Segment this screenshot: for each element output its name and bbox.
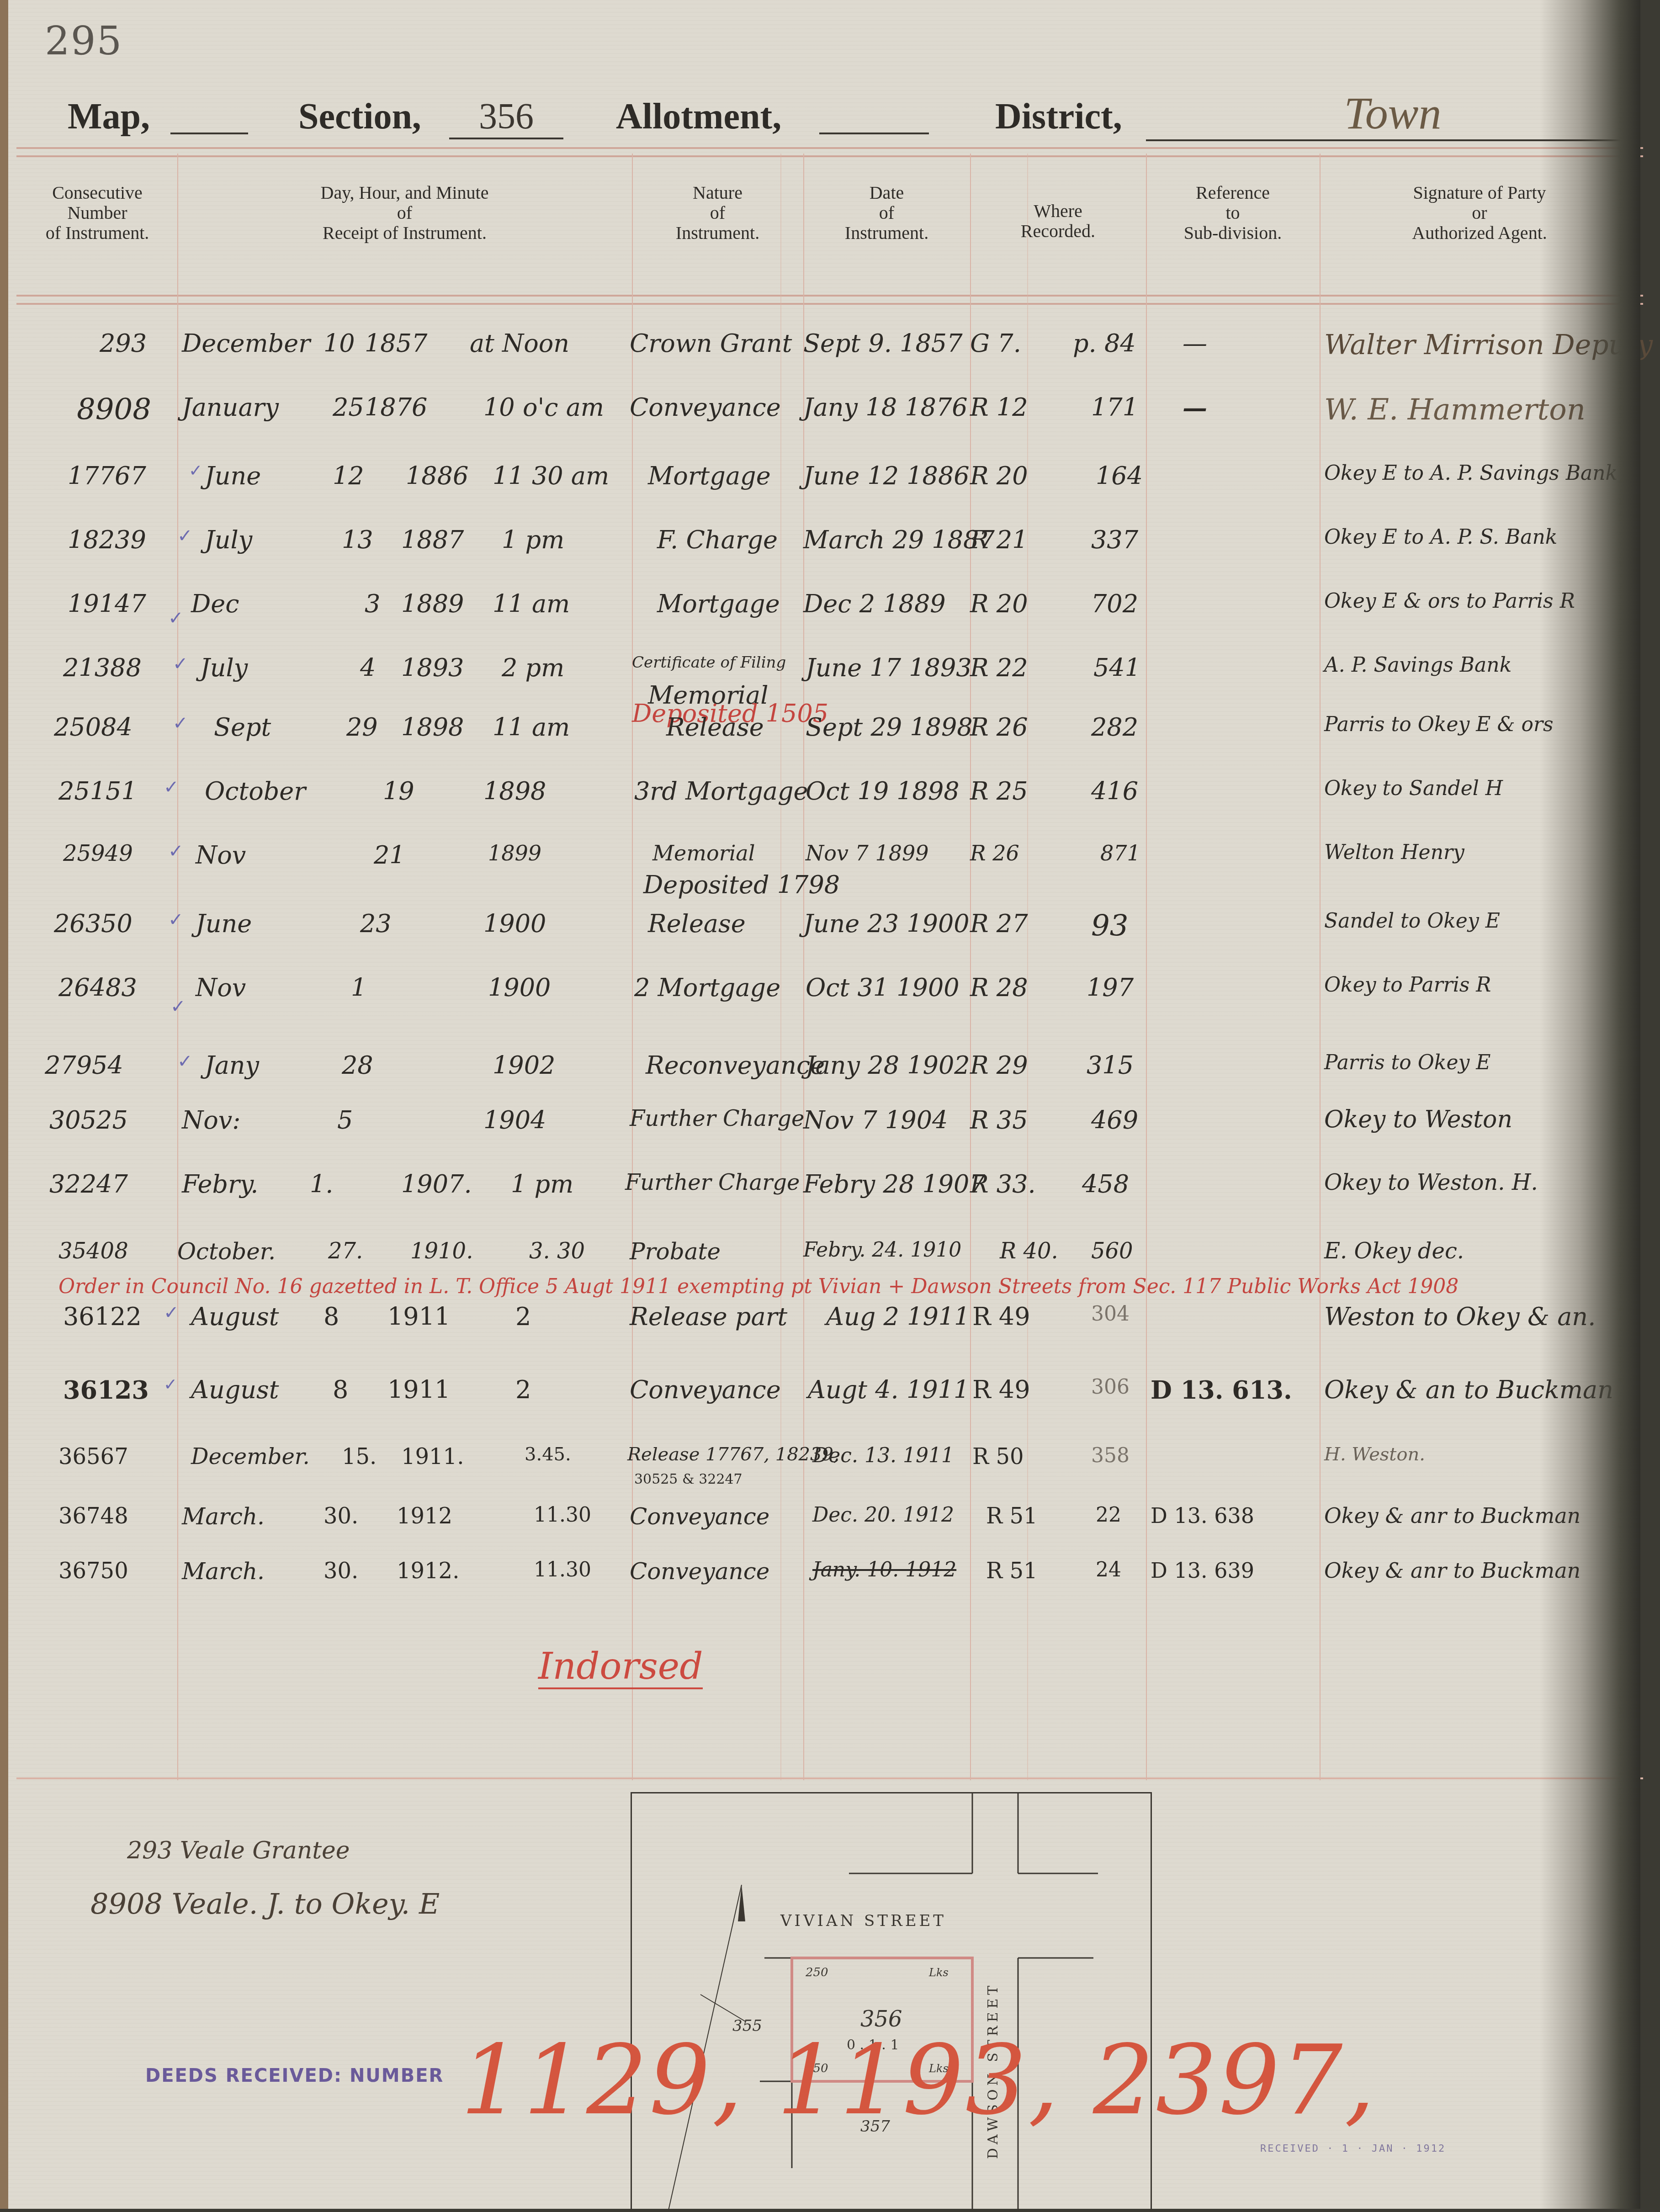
table-row: 36750 March. 30. 1912. 11.30 Conveyance …: [8, 1558, 1649, 1613]
table-row: 21388 ✓ July 4 1893 2 pm Certificate of …: [8, 653, 1649, 708]
cell-book: R 50: [972, 1444, 1024, 1469]
cell-year: 1907.: [401, 1170, 472, 1199]
bottom-section-rule: [16, 1777, 1643, 1779]
cell-year: 1898: [483, 777, 546, 806]
cell-day: 23: [360, 909, 392, 938]
header-double-rule: [16, 295, 1643, 305]
cell-reference: D 13. 639: [1151, 1558, 1254, 1583]
check-mark-icon: ✓: [177, 1051, 193, 1072]
cell-time: 1 pm: [502, 525, 564, 554]
cell-page: 306: [1091, 1375, 1130, 1399]
cell-time: 1 pm: [511, 1170, 573, 1199]
cell-nature: Reconveyance: [646, 1051, 825, 1080]
allotment-label: Allotment,: [616, 96, 781, 138]
north-arrow-icon: [738, 1885, 745, 1921]
cell-month: June: [205, 461, 261, 490]
cell-nature-note: 30525 & 32247: [634, 1471, 742, 1487]
book-gutter-shadow: [1540, 0, 1640, 2209]
table-row: 25084 ✓ Sept 29 1898 11 am Release Sept …: [8, 713, 1649, 768]
cell-signature: Parris to Okey E: [1324, 1051, 1490, 1074]
table-row: 36123 ✓ August 8 1911 2 Conveyance Augt …: [8, 1375, 1649, 1430]
table-row: 18239 ✓ July 13 1887 1 pm F. Charge Marc…: [8, 525, 1649, 580]
cell-signature: Okey to Weston: [1324, 1106, 1512, 1133]
table-row: 25151 ✓ October 19 1898 3rd Mortgage Oct…: [8, 777, 1649, 832]
table-row: 36122 ✓ August 8 1911 2 Release part Aug…: [8, 1302, 1649, 1357]
cell-nature: Certificate of Filing: [632, 653, 786, 672]
cell-nature: Release: [648, 909, 746, 938]
cell-month: December.: [191, 1444, 310, 1469]
cell-page: 469: [1091, 1106, 1138, 1135]
cell-book: R 35: [970, 1106, 1028, 1135]
cell-signature: A. P. Savings Bank: [1324, 653, 1512, 677]
cell-nature: Crown Grant: [630, 329, 792, 358]
cell-book: R 40.: [1000, 1238, 1058, 1264]
cell-time: 11.30: [534, 1558, 591, 1581]
cell-time: 3. 30: [529, 1238, 585, 1264]
cell-day: 30.: [324, 1558, 358, 1584]
top-double-rule: [16, 147, 1643, 157]
cell-time: 2: [515, 1375, 531, 1404]
cell-page: 337: [1091, 525, 1138, 554]
cell-number: 27954: [45, 1051, 123, 1080]
cell-month: Nov: [196, 973, 246, 1002]
cell-signature: Okey to Weston. H.: [1324, 1170, 1538, 1195]
cell-date: Jany 18 1876: [803, 393, 968, 422]
cell-date: March 29 1887: [803, 525, 995, 554]
cell-number: 21388: [63, 653, 142, 682]
header-nature: Nature of Instrument.: [632, 183, 803, 243]
cell-book: R 20: [970, 589, 1028, 618]
cell-number: 8908: [77, 393, 151, 427]
cell-nature: 3rd Mortgage: [634, 777, 808, 806]
cell-day: 19: [383, 777, 414, 806]
faint-received-stamp: RECEIVED · 1 · JAN · 1912: [1260, 2143, 1446, 2154]
cell-date: Dec. 13. 1911: [812, 1444, 954, 1467]
cell-page: 171: [1091, 393, 1138, 422]
header-date: Date of Instrument.: [803, 183, 970, 243]
table-row: 293 December 10 1857 at Noon Crown Grant…: [8, 329, 1649, 384]
note-number: 293: [127, 1837, 172, 1864]
cell-book: R 26: [970, 713, 1028, 742]
cell-number: 36748: [58, 1503, 128, 1529]
cell-nature: Probate: [630, 1238, 721, 1265]
cell-month: March.: [182, 1558, 265, 1585]
cell-page: 358: [1091, 1444, 1130, 1467]
cell-nature: Memorial: [652, 841, 755, 865]
cell-month: Dec: [191, 589, 239, 618]
cell-month: January: [182, 393, 279, 422]
cell-signature: Welton Henry: [1324, 841, 1464, 864]
table-row: 32247 Febry. 1. 1907. 1 pm Further Charg…: [8, 1170, 1649, 1225]
table-row: 26350 ✓ June 23 1900 Release June 23 190…: [8, 909, 1649, 964]
cell-number: 32247: [49, 1170, 128, 1199]
cell-reference: D 13. 613.: [1151, 1375, 1292, 1405]
cell-number: 25151: [58, 777, 137, 806]
cell-book: R 51: [986, 1503, 1037, 1529]
cell-day: 3: [365, 589, 380, 618]
cell-month: Sept: [214, 713, 271, 742]
note-number: 8908: [90, 1887, 163, 1920]
svg-text:Lks: Lks: [928, 1966, 949, 1979]
cell-nature: Conveyance: [630, 1558, 769, 1585]
cell-page: 702: [1091, 589, 1138, 618]
cell-page: 315: [1087, 1051, 1134, 1080]
cell-month: August: [191, 1375, 279, 1404]
cell-signature: H. Weston.: [1324, 1444, 1425, 1465]
survey-map: VIVIAN STREET DAWSON STREET 356 0 . 1 . …: [631, 1792, 1152, 2209]
cell-date: Dec 2 1889: [803, 589, 946, 618]
cell-day: 5: [337, 1106, 353, 1135]
cell-page: 560: [1091, 1238, 1133, 1264]
cell-day: 8: [333, 1375, 348, 1404]
cell-book: R 51: [986, 1558, 1037, 1584]
allotment-value: [819, 96, 929, 134]
header-where-recorded: Where Recorded.: [970, 201, 1146, 241]
deeds-received-stamp: DEEDS RECEIVED: NUMBER: [145, 2065, 444, 2086]
table-row: 25949 ✓ Nov 21 1899 Memorial Deposited 1…: [8, 841, 1649, 896]
cell-signature: Okey to Sandel H: [1324, 777, 1503, 800]
cell-year: 1898: [401, 713, 464, 742]
cell-nature: Mortgage: [648, 461, 771, 490]
cell-number: 36123: [63, 1375, 149, 1405]
cell-year: 1911: [387, 1302, 450, 1331]
cell-nature: Release: [666, 713, 764, 742]
cell-signature: Okey E to A. P. S. Bank: [1324, 525, 1557, 549]
cell-book: R 22: [970, 653, 1028, 682]
street-vivian: VIVIAN STREET: [780, 1912, 946, 1930]
indorsed-annotation: Indorsed: [538, 1645, 703, 1689]
cell-date: June 17 1893: [806, 653, 972, 682]
cell-year: 1886: [406, 461, 468, 490]
cell-date: Oct 19 1898: [806, 777, 960, 806]
cell-book: R 29: [970, 1051, 1028, 1080]
table-row: 26483 ✓ Nov 1 1900 2 Mortgage Oct 31 190…: [8, 973, 1649, 1028]
table-row: 36567 December. 15. 1911. 3.45. Release …: [8, 1444, 1649, 1499]
cell-year: 1902: [493, 1051, 555, 1080]
map-label: Map,: [68, 96, 150, 138]
check-mark-icon: ✓: [164, 1302, 179, 1323]
check-mark-icon: ✓: [164, 777, 179, 798]
cell-day: 29: [346, 713, 378, 742]
cell-book: R 28: [970, 973, 1028, 1002]
cell-signature: Okey E & ors to Parris R: [1324, 589, 1575, 613]
cell-year: 1912.: [397, 1558, 459, 1584]
cell-page: 416: [1091, 777, 1138, 806]
cell-time: 11.30: [534, 1503, 591, 1527]
cell-date: Augt 4. 1911: [808, 1375, 969, 1404]
cell-nature: Release 17767, 18239,: [627, 1444, 839, 1465]
cell-month: Nov:: [182, 1106, 240, 1135]
cell-signature: Sandel to Okey E: [1324, 909, 1500, 933]
check-mark-icon: ✓: [168, 608, 184, 629]
cell-time: 11 am: [493, 589, 570, 618]
cell-number: 36750: [58, 1558, 128, 1584]
cell-signature: Parris to Okey E & ors: [1324, 713, 1554, 736]
cell-reference: —: [1183, 329, 1207, 358]
cell-reference: D 13. 638: [1151, 1503, 1254, 1528]
cell-signature: Okey to Parris R: [1324, 973, 1491, 997]
cell-month: December: [182, 329, 310, 358]
cell-number: 25084: [54, 713, 133, 742]
cell-date: Jany 28 1902: [806, 1051, 970, 1080]
check-mark-icon: ✓: [173, 653, 188, 674]
cell-month: October: [205, 777, 306, 806]
cell-year: 1889: [401, 589, 464, 618]
note-text: Veale. J. to Okey. E: [172, 1887, 440, 1920]
district-label: District,: [995, 96, 1122, 138]
bottom-note: 293 Veale Grantee: [127, 1837, 350, 1864]
cell-page: 304: [1091, 1302, 1130, 1326]
table-row: 19147 ✓ Dec 3 1889 11 am Mortgage Dec 2 …: [8, 589, 1649, 644]
cell-nature: Conveyance: [630, 1503, 769, 1530]
cell-day: 4: [360, 653, 376, 682]
cell-nature: Conveyance: [630, 1375, 781, 1404]
table-row: 8908 January 25 1876 10 o'c am Conveyanc…: [8, 393, 1649, 448]
table-row: 27954 ✓ Jany 28 1902 Reconveyance Jany 2…: [8, 1051, 1649, 1106]
check-mark-icon: ✓: [168, 841, 184, 862]
cell-date: Sept 9. 1857: [803, 329, 963, 358]
check-mark-icon: ✓: [170, 996, 186, 1017]
cell-time: 11 am: [493, 713, 570, 742]
cell-book: R 26: [970, 841, 1019, 865]
table-row: 30525 Nov: 5 1904 Further Charge Nov 7 1…: [8, 1106, 1649, 1161]
cell-page: 164: [1096, 461, 1143, 490]
cell-year: 1900: [488, 973, 551, 1002]
cell-day: 1.: [310, 1170, 334, 1199]
cell-date: June 12 1886: [803, 461, 970, 490]
cell-nature-note: Deposited 1798: [643, 870, 840, 899]
map-value: [170, 96, 248, 134]
cell-book: G 7.: [970, 329, 1021, 358]
cell-time: 2: [515, 1302, 531, 1331]
cell-year: 1899: [488, 841, 541, 865]
map-drawing: VIVIAN STREET DAWSON STREET 356 0 . 1 . …: [632, 1793, 1151, 2209]
cell-year: 1910.: [410, 1238, 473, 1264]
note-text: Veale Grantee: [180, 1837, 350, 1864]
cell-year: 1887: [401, 525, 464, 554]
cell-time: at Noon: [470, 329, 569, 358]
cell-number: 36122: [63, 1302, 142, 1331]
bottom-note: 8908 Veale. J. to Okey. E: [90, 1887, 440, 1920]
table-row: 36748 March. 30. 1912 11.30 Conveyance D…: [8, 1503, 1649, 1558]
deed-numbers: 1129, 1193, 2397,: [461, 2024, 1377, 2136]
cell-page: 93: [1091, 909, 1128, 943]
cell-day: 21: [374, 841, 405, 870]
cell-day: 15.: [342, 1444, 377, 1469]
cell-date: Aug 2 1911: [826, 1302, 970, 1331]
cell-number: 19147: [68, 589, 146, 618]
svg-text:250: 250: [805, 1966, 828, 1979]
cell-year: 1911: [387, 1375, 450, 1404]
cell-page: 871: [1100, 841, 1140, 865]
cell-nature: Release part: [630, 1302, 787, 1331]
cell-page: 541: [1093, 653, 1140, 682]
cell-number: 17767: [68, 461, 146, 490]
check-mark-icon: ✓: [177, 525, 193, 546]
cell-year: 1912: [397, 1503, 452, 1529]
cell-time: 2 pm: [502, 653, 564, 682]
cell-book: R 21: [970, 525, 1028, 554]
cell-day: 25: [333, 393, 364, 422]
cell-day: 10: [324, 329, 355, 358]
cell-page: 22: [1096, 1503, 1121, 1527]
cell-date: Nov 7 1899: [806, 841, 929, 865]
check-mark-icon: ✓: [168, 909, 184, 930]
header-receipt-time: Day, Hour, and Minute of Receipt of Inst…: [177, 183, 632, 243]
cell-date: Oct 31 1900: [806, 973, 960, 1002]
cell-time: 3.45.: [525, 1444, 571, 1465]
cell-date: June 23 1900: [803, 909, 970, 938]
cell-year: 1893: [401, 653, 464, 682]
cell-number: 30525: [49, 1106, 128, 1135]
cell-page: 458: [1082, 1170, 1129, 1199]
cell-time: 10 o'c am: [483, 393, 604, 422]
cell-date: Febry. 24. 1910: [803, 1238, 961, 1262]
cell-nature: Further Charge: [630, 1106, 804, 1131]
cell-page: 282: [1091, 713, 1138, 742]
order-in-council-annotation: Order in Council No. 16 gazetted in L. T…: [58, 1275, 1458, 1298]
cell-nature: Further Charge: [625, 1170, 800, 1195]
section-value: 356: [449, 96, 563, 139]
cell-month: August: [191, 1302, 279, 1331]
check-mark-icon: ✓: [164, 1375, 177, 1394]
cell-year: 1876: [365, 393, 427, 422]
cell-page: 197: [1087, 973, 1134, 1002]
table-row: 17767 ✓ June 12 1886 11 30 am Mortgage J…: [8, 461, 1649, 516]
cell-number: 18239: [68, 525, 146, 554]
cell-month: Febry.: [182, 1170, 258, 1199]
cell-nature: Conveyance: [630, 393, 781, 422]
cell-book: R 27: [970, 909, 1028, 938]
cell-date: Sept 29 1898: [806, 713, 973, 742]
cell-number: 36567: [58, 1444, 128, 1469]
cell-date: Febry 28 1907: [803, 1170, 985, 1199]
cell-book: R 33.: [970, 1170, 1036, 1199]
cell-number: 35408: [58, 1238, 128, 1264]
cell-year: 1904: [483, 1106, 546, 1135]
cell-book: R 20: [970, 461, 1028, 490]
cell-book: R 49: [972, 1302, 1030, 1331]
cell-nature: F. Charge: [657, 525, 778, 554]
cell-nature: 2 Mortgage: [634, 973, 780, 1002]
cell-date: Jany. 10. 1912: [812, 1558, 956, 1581]
cell-reference: —: [1183, 393, 1207, 422]
cell-book: R 25: [970, 777, 1028, 806]
section-label: Section,: [298, 96, 421, 138]
cell-day: 1: [351, 973, 366, 1002]
cell-year: 1911.: [401, 1444, 464, 1469]
cell-day: 13: [342, 525, 373, 554]
cell-month: July: [205, 525, 252, 554]
cell-number: 26350: [54, 909, 133, 938]
cell-time: 11 30 am: [493, 461, 609, 490]
cell-page: 24: [1096, 1558, 1121, 1581]
page-number: 295: [45, 18, 122, 64]
ledger-page: 295 Map, Section, 356 Allotment, Distric…: [0, 0, 1640, 2209]
check-mark-icon: ✓: [189, 461, 202, 480]
cell-month: Jany: [205, 1051, 259, 1080]
cell-year: 1900: [483, 909, 546, 938]
cell-signature: E. Okey dec.: [1324, 1238, 1464, 1264]
cell-day: 27.: [328, 1238, 363, 1264]
cell-nature: Mortgage: [657, 589, 780, 618]
cell-date: Nov 7 1904: [803, 1106, 948, 1135]
cell-month: July: [200, 653, 248, 682]
cell-page: p. 84: [1073, 329, 1136, 358]
header-consecutive-number: Consecutive Number of Instrument.: [17, 183, 177, 243]
cell-day: 12: [333, 461, 364, 490]
cell-number: 25949: [63, 841, 133, 866]
cell-book: R 12: [970, 393, 1028, 422]
cell-month: June: [196, 909, 252, 938]
cell-month: March.: [182, 1503, 265, 1530]
title-row: Map, Section, 356 Allotment, District, T…: [68, 96, 1644, 151]
cell-month: October.: [177, 1238, 276, 1265]
cell-day: 30.: [324, 1503, 358, 1529]
header-reference: Reference to Sub-division.: [1146, 183, 1320, 243]
cell-number: 293: [100, 329, 147, 358]
check-mark-icon: ✓: [173, 713, 188, 734]
cell-book: R 49: [972, 1375, 1030, 1404]
cell-month: Nov: [196, 841, 246, 870]
cell-date: Dec. 20. 1912: [812, 1503, 954, 1527]
cell-day: 8: [324, 1302, 339, 1331]
cell-number: 26483: [58, 973, 137, 1002]
cell-year: 1857: [365, 329, 427, 358]
cell-day: 28: [342, 1051, 373, 1080]
